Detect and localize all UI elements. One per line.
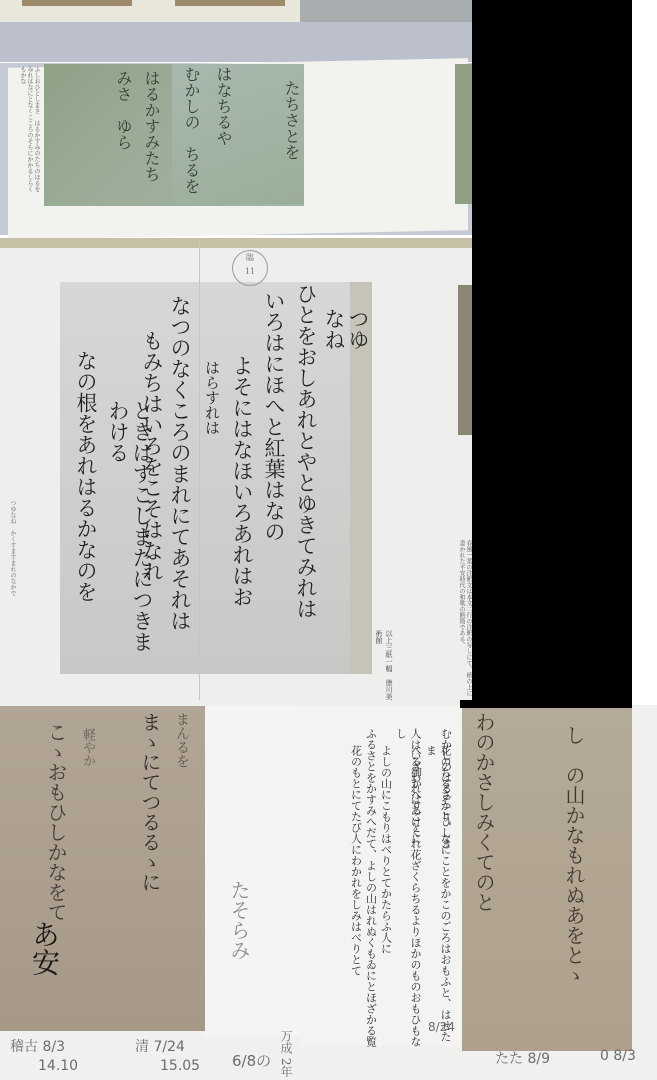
script-col: わのかさしみくてのと — [470, 712, 499, 1012]
pencil-note: 8/24 — [428, 1020, 455, 1034]
green-book-caption: ふしおひとしまさ はるかすみのたちのほるをみれはなにとなくこころのそらにかかるし… — [28, 66, 40, 196]
pencil-note: 清 7/24 — [135, 1036, 185, 1056]
script-col: あ安 — [24, 920, 64, 1000]
right-page-text: 春風一葉の注釈文は本文二行の注釈の写しにて、紙の上に書かれた平安時代の和歌の断簡… — [434, 540, 472, 700]
script-col: よそにはなほいろあれはお — [230, 355, 254, 685]
script-col: まんるを — [172, 712, 192, 822]
black-margin — [472, 0, 632, 705]
white-edge — [632, 0, 657, 705]
next-page-plate — [458, 285, 472, 435]
green-script-col: はるかすみたち — [140, 70, 163, 200]
top-plate-right — [175, 0, 285, 6]
transcription-line: よしの山にこもりはべりとてかたらふ人に — [378, 745, 393, 1045]
green-plate-next-page — [455, 64, 472, 204]
transcription-line: 花のもとにてたび人にわかれをしみはべりとて — [348, 745, 363, 1045]
script-col: いろはにほへと紅葉はなの — [262, 290, 286, 550]
script-col: ひとをおしあれとやとゆきてみれは — [294, 283, 318, 673]
pencil-note: 稽古 8/3 — [10, 1036, 65, 1056]
pencil-circle-mark: 臨 11 — [232, 250, 268, 286]
script-col: なの根をあれはるかなのを — [74, 350, 98, 670]
script-col: まゝにてつるるゝに — [136, 712, 165, 1002]
transcription-line: 人はいざわれはあけくれ花ざくらちるよりほかのものおもひもなし — [393, 728, 422, 1048]
black-strip — [460, 700, 632, 708]
script-col: なつのなくころのまれにてあそれは — [168, 295, 192, 645]
left-caption: つゆなね かくすますまれのなかで — [0, 500, 16, 600]
pencil-note: 14.10 — [38, 1058, 78, 1074]
green-script-col: みさ ゆら — [112, 70, 135, 190]
pencil-note: 6/8の — [232, 1050, 271, 1071]
script-col: し の山かなもれぬあをとゝ — [560, 725, 589, 1025]
top-grey-surface — [300, 0, 472, 22]
green-script-col: たちさとを — [280, 80, 303, 200]
page-shadow — [0, 238, 472, 248]
pencil-kana: たそらみ — [225, 880, 254, 1010]
top-plate-left — [22, 0, 132, 6]
pencil-note: 0 8/3 — [600, 1048, 636, 1064]
plate-caption: 以上三紙一幅 徳川美術館 — [384, 630, 394, 700]
circle-mark-sub: 11 — [233, 265, 267, 279]
pencil-note: 15.05 — [160, 1058, 200, 1074]
script-col: はらすれは — [200, 360, 224, 480]
circle-mark-text: 臨 — [233, 251, 267, 265]
transcription-line: ふるさとをかすみへだて、よしの山はれぬくもゐにとほざかる覧 — [363, 728, 378, 1048]
transcription-line: 花のちるさかり、なにことをかこのごろはおもふと、はせたま — [423, 745, 452, 1045]
green-script-col: はなちるや — [212, 66, 235, 196]
green-script-col: むかしの ちるを — [180, 66, 203, 196]
pencil-note: たた 8/9 — [495, 1048, 550, 1068]
pencil-note: 万成 2年 — [278, 1030, 295, 1080]
script-col: つゆなね — [322, 308, 370, 368]
script-col: 軽やか — [78, 728, 97, 788]
script-col: ときはすこしまたにつきまわける — [106, 400, 154, 670]
